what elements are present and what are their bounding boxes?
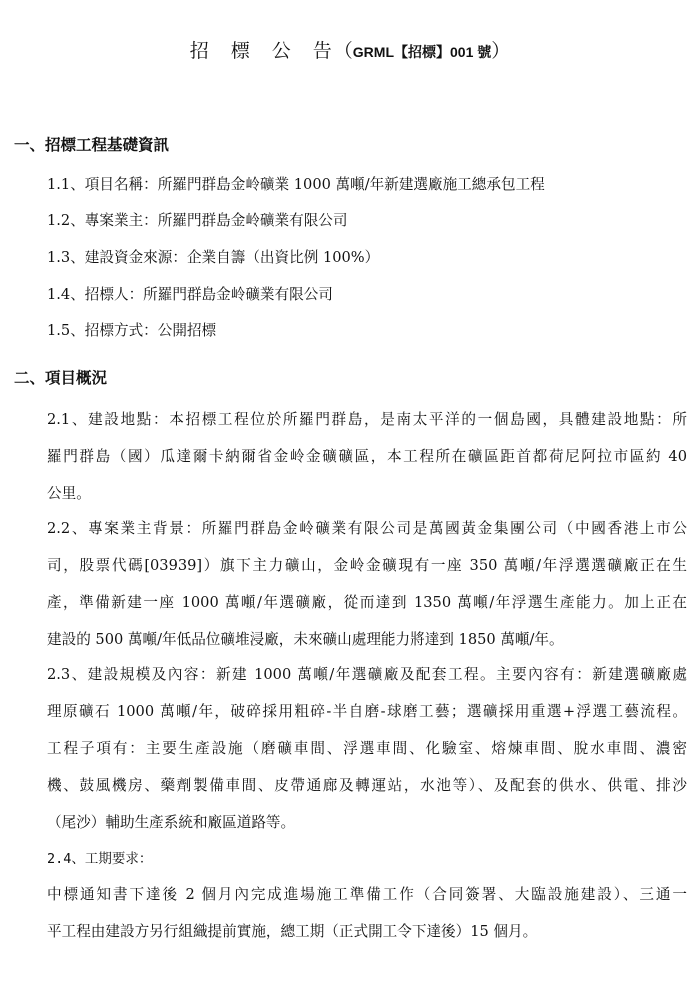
paragraph-line: 機、鼓風機房、藥劑製備車間、皮帶通廊及轉運站，水池等）、及配套的供水、供電、排沙: [47, 767, 687, 804]
paragraph-owner-background: 2.2、專案業主背景：所羅門群島金岭礦業有限公司是萬國黃金集團公司（中國香港上市…: [47, 510, 687, 658]
paragraph-line: 工程子項有：主要生產設施（磨礦車間、浮選車間、化驗室、熔煉車間、脫水車間、濃密: [47, 730, 687, 767]
paragraph-line: 羅門群島（國）瓜達爾卡納爾省金岭金礦礦區，本工程所在礦區距首都荷尼阿拉市區約 4…: [47, 438, 687, 475]
paragraph-line: 平工程由建設方另行組織提前實施，總工期（正式開工令下達後）15 個月。: [47, 913, 687, 950]
title-close-paren: ）: [491, 40, 510, 62]
paragraph-line: 建設的 500 萬噸/年低品位礦堆浸廠，未來礦山處理能力將達到 1850 萬噸/…: [47, 621, 687, 658]
tender-code: GRML【招標】001 號: [353, 44, 491, 60]
document-page: 招標公告（GRML【招標】001 號） 一、招標工程基礎資訊 1.1、項目名稱：…: [0, 0, 700, 989]
paragraph-line: 2.3、建設規模及內容：新建 1000 萬噸/年選礦廠及配套工程。主要內容有：新…: [47, 656, 687, 693]
paragraph-line: 中標通知書下達後 2 個月內完成進場施工準備工作（合同簽署、大臨設施建設）、三通…: [47, 876, 687, 913]
paragraph-line: 理原礦石 1000 萬噸/年，破碎採用粗碎-半自磨-球磨工藝；選礦採用重選+浮選…: [47, 693, 687, 730]
title-char: 公: [272, 36, 291, 63]
paragraph-schedule: 中標通知書下達後 2 個月內完成進場施工準備工作（合同簽署、大臨設施建設）、三通…: [47, 876, 687, 950]
paragraph-line: 2.1、建設地點：本招標工程位於所羅門群島，是南太平洋的一個島國，具體建設地點：…: [47, 401, 687, 438]
title-char: 招: [190, 36, 209, 63]
document-title: 招標公告（GRML【招標】001 號）: [0, 36, 700, 63]
info-item-owner: 1.2、專案業主：所羅門群島金岭礦業有限公司: [47, 211, 348, 231]
paragraph-line: 產，準備新建一座 1000 萬噸/年選礦廠，從而達到 1350 萬噸/年浮選生產…: [47, 584, 687, 621]
paragraph-line: 司，股票代碼[03939]）旗下主力礦山，金岭金礦現有一座 350 萬噸/年浮選…: [47, 547, 687, 584]
section-heading-overview: 二、項目概況: [14, 366, 107, 388]
paragraph-line: 2.2、專案業主背景：所羅門群島金岭礦業有限公司是萬國黃金集團公司（中國香港上市…: [47, 510, 687, 547]
info-item-tenderer: 1.4、招標人：所羅門群島金岭礦業有限公司: [47, 285, 333, 305]
info-item-method: 1.5、招標方式：公開招標: [47, 321, 216, 341]
schedule-label: 2.4、工期要求：: [47, 849, 152, 869]
title-char: 標: [231, 36, 250, 63]
paragraph-line: （尾沙）輔助生產系統和廠區道路等。: [47, 804, 687, 841]
paragraph-location: 2.1、建設地點：本招標工程位於所羅門群島，是南太平洋的一個島國，具體建設地點：…: [47, 401, 687, 512]
section-heading-basic-info: 一、招標工程基礎資訊: [14, 133, 169, 155]
paragraph-line: 公里。: [47, 475, 687, 512]
info-item-project-name: 1.1、項目名稱：所羅門群島金岭礦業 1000 萬噸/年新建選廠施工總承包工程: [47, 175, 545, 195]
title-open-paren: （: [334, 40, 353, 62]
info-item-funding: 1.3、建設資金來源：企業自籌（出資比例 100%）: [47, 248, 379, 268]
paragraph-scale-content: 2.3、建設規模及內容：新建 1000 萬噸/年選礦廠及配套工程。主要內容有：新…: [47, 656, 687, 841]
title-char: 告: [313, 36, 332, 63]
